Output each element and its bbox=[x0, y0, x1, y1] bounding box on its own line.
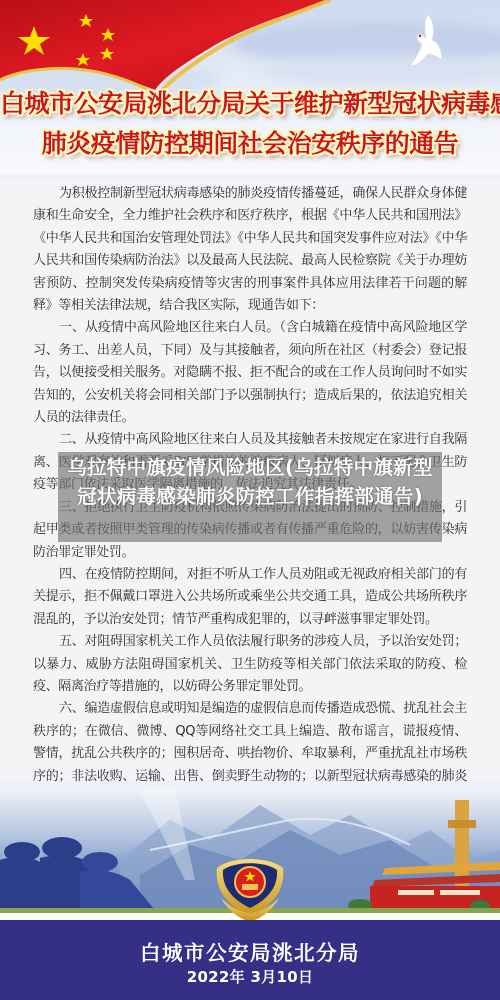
notice-item-1: 一、从疫情中高风险地区往来白人员。（含白城籍在疫情中高风险地区学习、务工、出差人… bbox=[33, 317, 467, 429]
dove-icon bbox=[408, 12, 448, 67]
notice-item-5: 五、对阻碍国家机关工作人员依法履行职务的涉疫人员，予以治安处罚；以暴力、威胁方法… bbox=[33, 631, 467, 698]
police-emblem-icon bbox=[211, 850, 289, 922]
header-banner: 白城市公安局洮北分局关于维护新型冠状病毒感染的 肺炎疫情防控期间社会治安秩序的通… bbox=[0, 0, 500, 175]
caption-overlay-text: 乌拉特中旗疫情风险地区(乌拉特中旗新型冠状病毒感染肺炎防控工作指挥部通告) bbox=[58, 453, 442, 511]
issue-date: 2022年 3月10日 bbox=[0, 966, 500, 987]
issuing-organization: 白城市公安局洮北分局 bbox=[0, 936, 500, 966]
notice-title-line-2: 肺炎疫情防控期间社会治安秩序的通告 bbox=[0, 124, 500, 160]
notice-preamble: 为积极控制新型冠状病毒感染的肺炎疫情传播蔓延，确保人民群众身体健康和生命安全，全… bbox=[33, 183, 467, 317]
notice-item-4: 四、在疫情防控期间，对拒不听从工作人员劝阻或无视政府相关部门的有关提示，拒不佩戴… bbox=[33, 564, 467, 631]
notice-title-line-1: 白城市公安局洮北分局关于维护新型冠状病毒感染的 bbox=[0, 84, 500, 120]
